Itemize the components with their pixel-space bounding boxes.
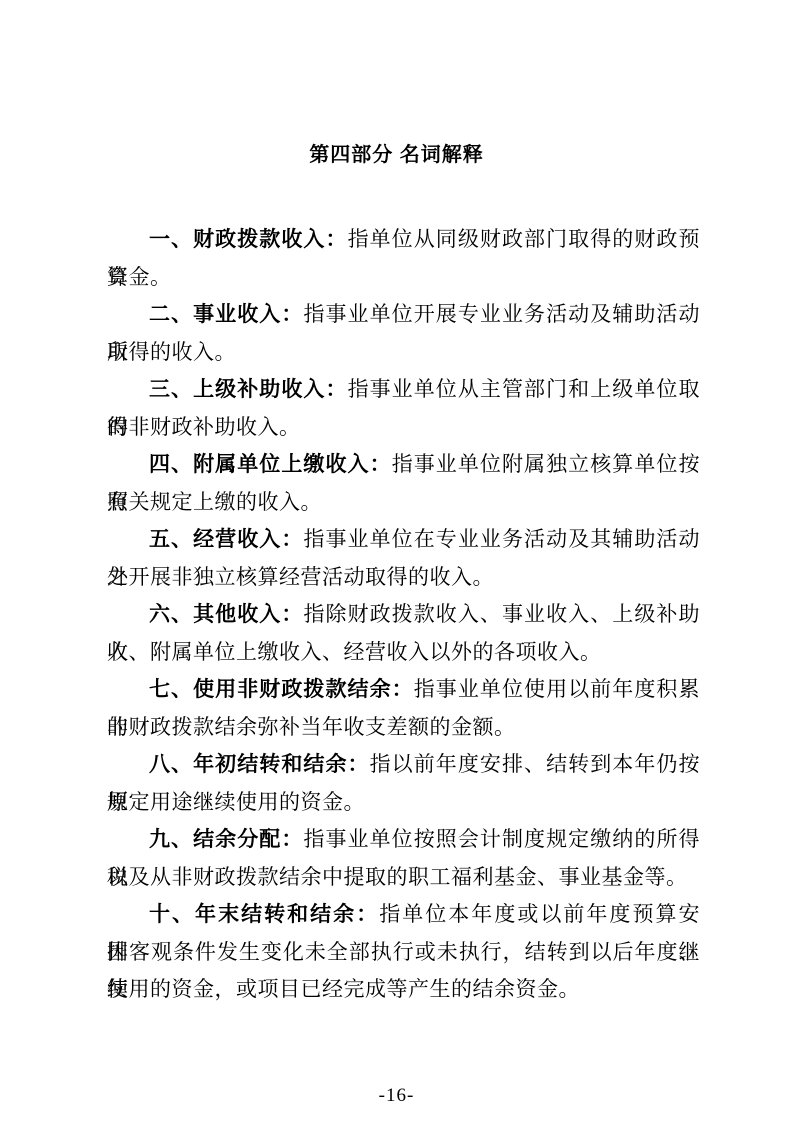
definition-term: 十、年末结转和结余：	[149, 902, 379, 926]
definition-line: 外开展非独立核算经营活动取得的收入。	[107, 559, 700, 597]
definition-first-line: 四、附属单位上缴收入：指事业单位附属独立核算单位按照	[107, 446, 700, 484]
page-number: -16-	[0, 1085, 793, 1107]
definition-term: 二、事业收入：	[149, 302, 303, 326]
page-title: 第四部分 名词解释	[0, 141, 793, 169]
definition-first-line: 六、其他收入：指除财政拨款收入、事业收入、上级补助收	[107, 596, 700, 634]
definition-first-line: 二、事业收入：指事业单位开展专业业务活动及辅助活动所	[107, 296, 700, 334]
definition-line: 的非财政补助收入。	[107, 409, 700, 447]
definition-line: 非财政拨款结余弥补当年收支差额的金额。	[107, 709, 700, 747]
definition-term: 五、经营收入：	[149, 527, 303, 551]
definition-term: 三、上级补助收入：	[149, 377, 348, 401]
definitions-list: 一、财政拨款收入：指单位从同级财政部门取得的财政预算资金。二、事业收入：指事业单…	[107, 221, 700, 1009]
definition-first-line: 五、经营收入：指事业单位在专业业务活动及其辅助活动之	[107, 521, 700, 559]
definition-line: 有关规定上缴的收入。	[107, 484, 700, 522]
definition-term: 一、财政拨款收入：	[149, 227, 348, 251]
definition-first-line: 十、年末结转和结余：指单位本年度或以前年度预算安排、	[107, 896, 700, 934]
definition-line: 规定用途继续使用的资金。	[107, 784, 700, 822]
definition-first-line: 三、上级补助收入：指事业单位从主管部门和上级单位取得	[107, 371, 700, 409]
definition-line: 使用的资金，或项目已经完成等产生的结余资金。	[107, 971, 700, 1009]
definition-line: 取得的收入。	[107, 334, 700, 372]
definition-term: 四、附属单位上缴收入：	[149, 452, 392, 476]
definition-first-line: 一、财政拨款收入：指单位从同级财政部门取得的财政预算	[107, 221, 700, 259]
definition-first-line: 七、使用非财政拨款结余：指事业单位使用以前年度积累的	[107, 671, 700, 709]
definition-first-line: 八、年初结转和结余：指以前年度安排、结转到本年仍按原	[107, 746, 700, 784]
definition-term: 八、年初结转和结余：	[149, 752, 370, 776]
definition-line: 以及从非财政拨款结余中提取的职工福利基金、事业基金等。	[107, 859, 700, 897]
definition-line: 资金。	[107, 259, 700, 297]
definition-term: 七、使用非财政拨款结余：	[149, 677, 414, 701]
definition-line: 入、附属单位上缴收入、经营收入以外的各项收入。	[107, 634, 700, 672]
definition-line: 因客观条件发生变化未全部执行或未执行，结转到以后年度继续	[107, 934, 700, 972]
definition-first-line: 九、结余分配：指事业单位按照会计制度规定缴纳的所得税	[107, 821, 700, 859]
definition-term: 六、其他收入：	[149, 602, 303, 626]
document-page: 第四部分 名词解释 一、财政拨款收入：指单位从同级财政部门取得的财政预算资金。二…	[0, 0, 793, 1122]
definition-term: 九、结余分配：	[149, 827, 303, 851]
